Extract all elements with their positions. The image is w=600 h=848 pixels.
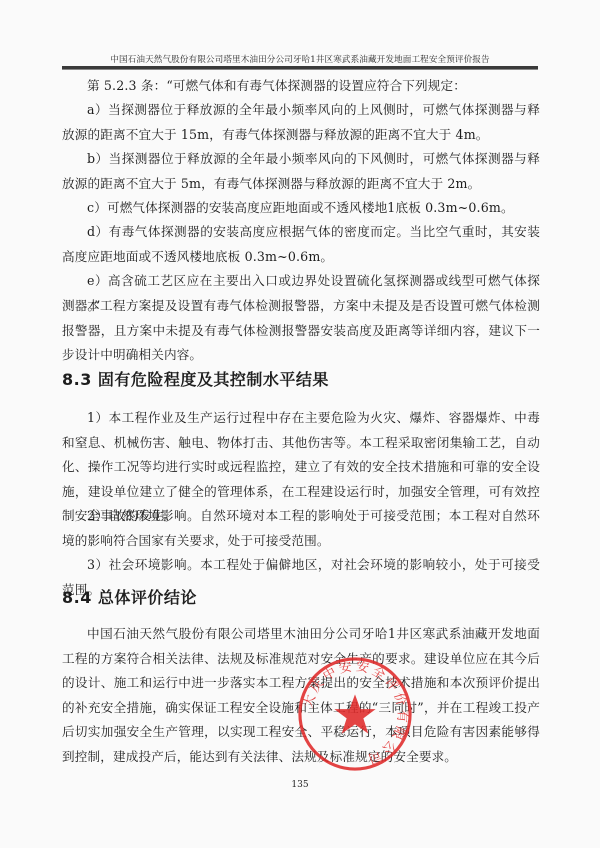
clause-item-c: c）可燃气体探测器的安装高度应距地面或不透风楼地1底板 0.3m~0.6m。: [62, 196, 540, 221]
section-heading-8-3: 8.3 固有危险程度及其控制水平结果: [62, 367, 329, 390]
clause-intro: 第 5.2.3 条：“可燃气体和有毒气体探测器的设置应符合下列规定：: [62, 74, 540, 99]
header-divider: [62, 66, 538, 70]
clause-item-a: a）当探测器位于释放源的全年最小频率风向的上风侧时，可燃气体探测器与释放源的距离…: [62, 98, 540, 147]
page-number: 135: [0, 780, 600, 790]
section-8-3-paragraph-2: 2）自然环境影响。自然环境对本工程的影响处于可接受范围；本工程对自然环境的影响符…: [62, 504, 540, 553]
clause-item-b: b）当探测器位于释放源的全年最小频率风向的下风侧时，可燃气体探测器与释放源的距离…: [62, 147, 540, 196]
section-heading-8-4: 8.4 总体评价结论: [62, 585, 197, 608]
evaluation-comment: 本工程方案提及设置有毒气体检测报警器，方案中未提及是否设置可燃气体检测报警器，且…: [62, 294, 540, 368]
running-header: 中国石油天然气股份有限公司塔里木油田分公司牙哈1井区寒武系油藏开发地面工程安全预…: [62, 53, 538, 65]
section-8-4-paragraph-1: 中国石油天然气股份有限公司塔里木油田分公司牙哈1井区寒武系油藏开发地面工程的方案…: [62, 622, 540, 769]
clause-item-d: d）有毒气体探测器的安装高度应根据气体的密度而定。当比空气重时，其安装高度应距地…: [62, 220, 540, 269]
document-page: 中国石油天然气股份有限公司塔里木油田分公司牙哈1井区寒武系油藏开发地面工程安全预…: [0, 0, 600, 848]
